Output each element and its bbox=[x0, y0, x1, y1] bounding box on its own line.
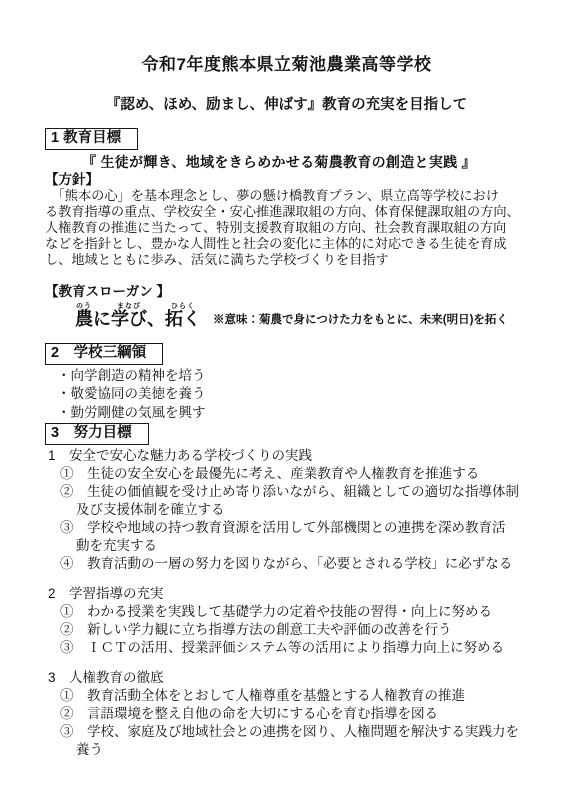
goal-item: ① 生徒の安全安心を最優先に考え、産業教育や人権教育を推進する bbox=[45, 465, 528, 483]
goal-item: ② 生徒の価値観を受け止め寄り添いながら、組織としての適切な指導体制 及び支援体… bbox=[45, 483, 528, 519]
document-page: 令和7年度熊本県立菊池農業高等学校 『認め、ほめ、励まし、伸ばす』教育の充実を目… bbox=[0, 0, 566, 800]
goal-item: ② 言語環境を整え自他の命を大切にする心を育む指導を図る bbox=[45, 705, 528, 723]
section1-heading: 1 教育目標 bbox=[45, 128, 138, 150]
education-goal: 『 生徒が輝き、地域をきらめかせる菊農教育の創造と実践 』 bbox=[45, 153, 528, 171]
principles-list: ・向学創造の精神を培う ・敬愛協同の美徳を養う ・勤労剛健の気風を興す bbox=[45, 367, 528, 423]
document-title: 令和7年度熊本県立菊池農業高等学校 bbox=[45, 55, 528, 75]
slogan-label: 【教育スローガン 】 bbox=[45, 284, 528, 300]
slogan-row: 農のうに学びまなび、拓くひらく※意味：菊農で身につけた力をもとに、未来(明日)を… bbox=[45, 303, 528, 330]
goal-item: ③ 学校、家庭及び地域社会との連携を図り、人権問題を解決する実践力を 養う bbox=[45, 723, 528, 759]
principle-item: ・向学創造の精神を培う bbox=[45, 367, 528, 386]
goal-item: ④ 教育活動の一層の努力を図りながら、「必要とされる学校」に必ずなる bbox=[45, 555, 528, 573]
goal-item: ① わかる授業を実践して基礎学力の定着や技能の習得・向上に努める bbox=[45, 603, 528, 621]
goal-item: ② 新しい学力観に立ち指導方法の創意工夫や評価の改善を行う bbox=[45, 621, 528, 639]
slogan-ruby-hiraku: 拓くひらく bbox=[165, 309, 201, 329]
effort-goal-group-3: 3 人権教育の徹底 ① 教育活動全体をとおして人権尊重を基盤とする人権教育の推進… bbox=[45, 669, 528, 759]
slogan-plain: に bbox=[93, 309, 111, 329]
section3-heading: 3 努力目標 bbox=[45, 423, 149, 445]
group-title: 2 学習指導の充実 bbox=[45, 585, 528, 603]
slogan-ruby-manabi: 学びまなび bbox=[111, 309, 147, 329]
slogan-plain: 、 bbox=[147, 309, 165, 329]
goal-item: ③ ＩＣＴの活用、授業評価システム等の活用により指導力向上に努める bbox=[45, 639, 528, 657]
goal-item: ① 教育活動全体をとおして人権尊重を基盤とする人権教育の推進 bbox=[45, 687, 528, 705]
policy-text: 「熊本の心」を基本理念とし、夢の懸け橋教育プラン、県立高等学校におけ る教育指導… bbox=[45, 188, 528, 268]
principle-item: ・敬愛協同の美徳を養う bbox=[45, 385, 528, 404]
section2-heading: 2 学校三綱領 bbox=[45, 343, 163, 365]
policy-label: 【方針】 bbox=[45, 172, 528, 188]
slogan-text: 農のうに学びまなび、拓くひらく bbox=[75, 303, 201, 330]
effort-goal-group-1: 1 安全で安心な魅力ある学校づくりの実践 ① 生徒の安全安心を最優先に考え、産業… bbox=[45, 447, 528, 573]
document-subtitle: 『認め、ほめ、励まし、伸ばす』教育の充実を目指して bbox=[45, 96, 528, 114]
slogan-note: ※意味：菊農で身につけた力をもとに、未来(明日)を拓く bbox=[213, 311, 508, 330]
goal-item: ③ 学校や地域の持つ教育資源を活用して外部機関との連携を深め教育活 動を充実する bbox=[45, 519, 528, 555]
effort-goal-group-2: 2 学習指導の充実 ① わかる授業を実践して基礎学力の定着や技能の習得・向上に努… bbox=[45, 585, 528, 657]
principle-item: ・勤労剛健の気風を興す bbox=[45, 404, 528, 423]
slogan-ruby-nou: 農のう bbox=[75, 309, 93, 329]
group-title: 1 安全で安心な魅力ある学校づくりの実践 bbox=[45, 447, 528, 465]
group-title: 3 人権教育の徹底 bbox=[45, 669, 528, 687]
